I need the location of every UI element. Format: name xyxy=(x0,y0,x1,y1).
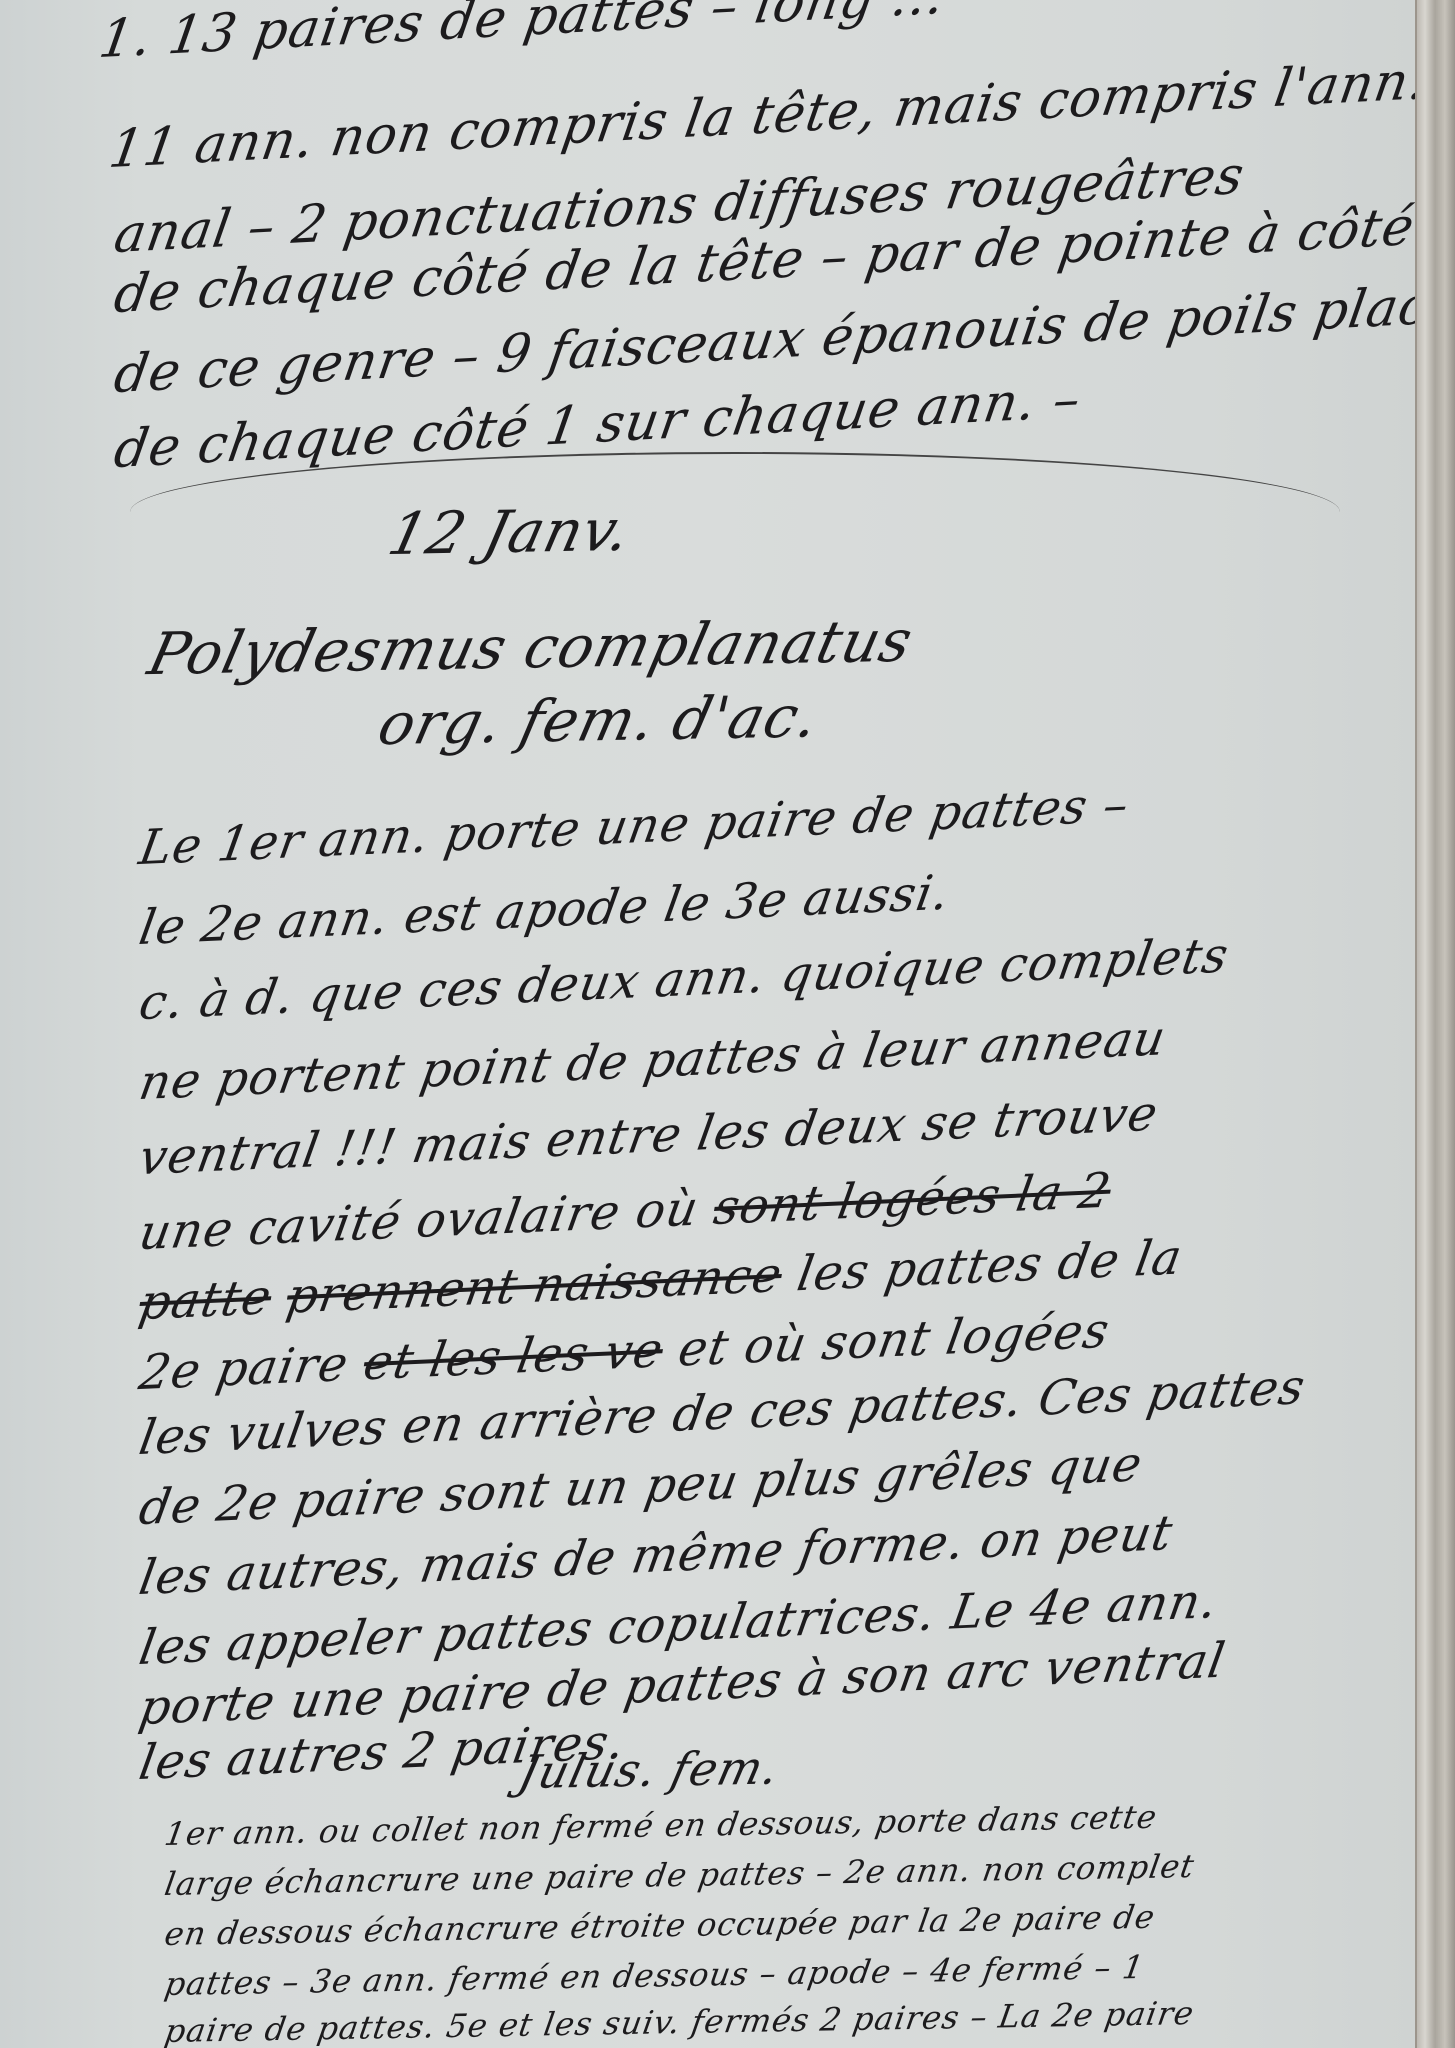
body-text: une cavité ovalaire où xyxy=(135,1180,703,1261)
sex-heading: org. fem. d'ac. xyxy=(372,682,826,758)
struck-text: prennent naissance xyxy=(283,1247,787,1325)
top-entry-line: 1. 13 paires de pattes – long ... xyxy=(95,0,949,70)
body-text: 2e paire xyxy=(135,1336,353,1402)
struck-text: patte xyxy=(135,1269,276,1331)
body-line: Le 1er ann. porte une paire de pattes – xyxy=(135,777,1133,877)
subheading: Julus. fem. xyxy=(514,1740,785,1799)
struck-text: sont logées la 2 xyxy=(710,1162,1116,1236)
footer-line: paire de pattes. 5e et les suiv. fermés … xyxy=(162,1994,1197,2048)
page-edge-binding xyxy=(1415,0,1455,2048)
species-heading: Polydesmus complanatus xyxy=(142,607,919,689)
footer-line: 1er ann. ou collet non fermé en dessous,… xyxy=(162,1798,1160,1853)
footer-line: en dessous échancrure étroite occupée pa… xyxy=(162,1898,1158,1953)
body-text: et où sont logées xyxy=(674,1302,1113,1377)
struck-text: et les les ve xyxy=(360,1322,668,1391)
body-line: le 2e ann. est apode le 3e aussi. xyxy=(135,864,954,956)
body-text: les pattes de la xyxy=(793,1229,1186,1302)
date-heading: 12 Janv. xyxy=(382,496,637,568)
footer-line: pattes – 3e ann. fermé en dessous – apod… xyxy=(162,1948,1147,2003)
manuscript-page: 1. 13 paires de pattes – long ... 11 ann… xyxy=(0,0,1415,2048)
footer-line: large échancrure une paire de pattes – 2… xyxy=(162,1847,1197,1903)
